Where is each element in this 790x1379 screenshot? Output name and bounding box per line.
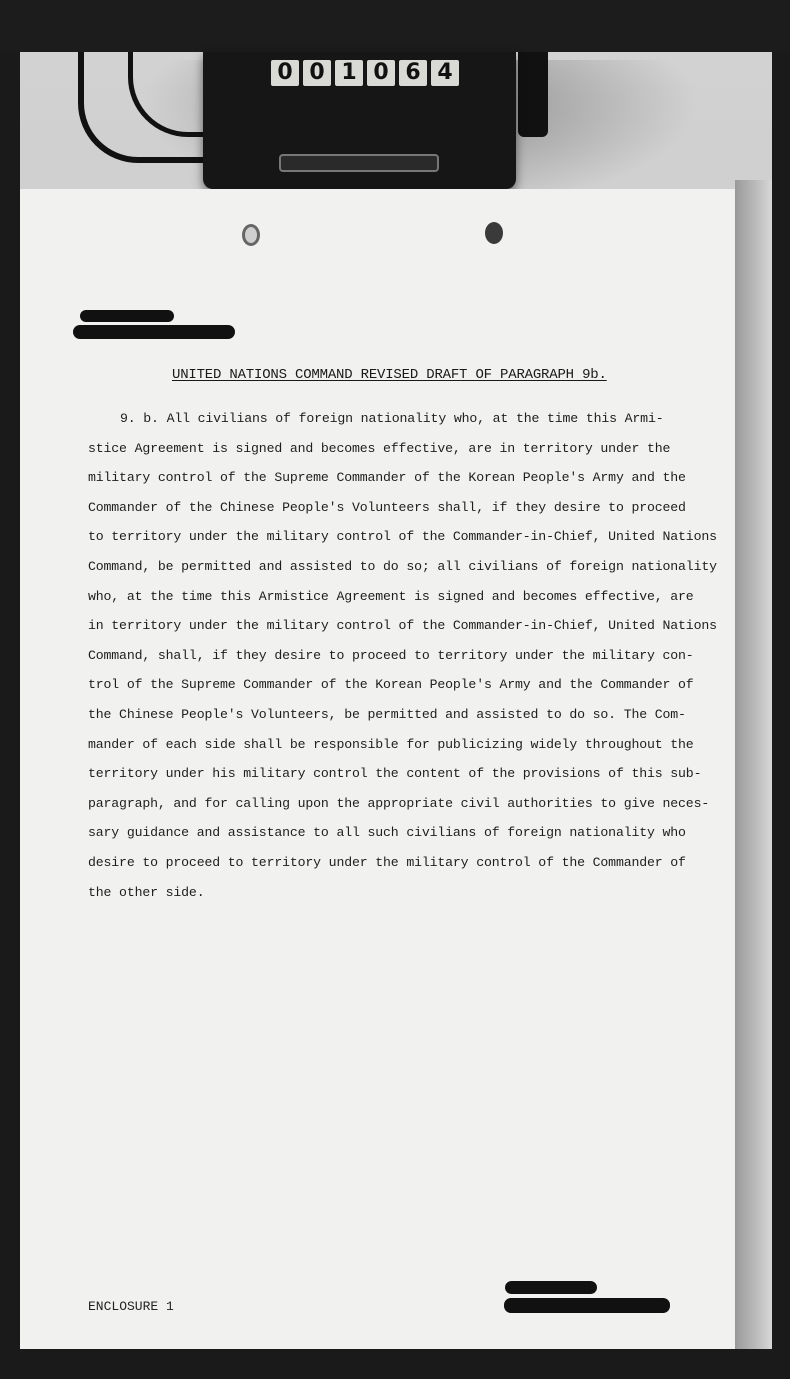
enclosure-label: ENCLOSURE 1: [88, 1299, 174, 1314]
backing-shadow: [735, 180, 772, 1350]
frame-counter: 0 0 1 0 6 4: [203, 52, 516, 189]
paragraph-line: military control of the Supreme Commande…: [88, 463, 728, 493]
paragraph-line: Commander of the Chinese People's Volunt…: [88, 493, 728, 523]
document-page: UNITED NATIONS COMMAND REVISED DRAFT OF …: [20, 189, 737, 1351]
paragraph-line: 9. b. All civilians of foreign nationali…: [88, 404, 728, 434]
punch-hole-icon: [485, 222, 503, 244]
paragraph-line: who, at the time this Armistice Agreemen…: [88, 582, 728, 612]
paragraph-line: sary guidance and assistance to all such…: [88, 818, 728, 848]
counter-digit: 4: [431, 60, 459, 86]
redaction-mark: [504, 1298, 670, 1313]
paragraph-line: stice Agreement is signed and becomes ef…: [88, 434, 728, 464]
paragraph-line: Command, be permitted and assisted to do…: [88, 552, 728, 582]
paragraph-line: the Chinese People's Volunteers, be perm…: [88, 700, 728, 730]
paragraph-line: trol of the Supreme Commander of the Kor…: [88, 670, 728, 700]
document-title: UNITED NATIONS COMMAND REVISED DRAFT OF …: [172, 367, 607, 383]
counter-digit: 6: [399, 60, 427, 86]
film-frame-top: [0, 0, 790, 52]
redaction-mark: [505, 1281, 597, 1294]
counter-slot: [279, 154, 439, 172]
counter-digit: 1: [335, 60, 363, 86]
counter-digits: 0 0 1 0 6 4: [271, 60, 459, 86]
paragraph-line: mander of each side shall be responsible…: [88, 730, 728, 760]
punch-hole-icon: [242, 224, 260, 246]
counter-knob: [518, 52, 548, 137]
paragraph-line: paragraph, and for calling upon the appr…: [88, 789, 728, 819]
counter-digit: 0: [303, 60, 331, 86]
counter-digit: 0: [367, 60, 395, 86]
redaction-mark: [73, 325, 235, 339]
paragraph-line: desire to proceed to territory under the…: [88, 848, 728, 878]
redaction-mark: [80, 310, 174, 322]
paragraph-line: territory under his military control the…: [88, 759, 728, 789]
counter-digit: 0: [271, 60, 299, 86]
paragraph-line: to territory under the military control …: [88, 522, 728, 552]
paragraph-9b: 9. b. All civilians of foreign nationali…: [88, 404, 728, 907]
film-frame-bottom: [0, 1349, 790, 1379]
paragraph-line: Command, shall, if they desire to procee…: [88, 641, 728, 671]
paragraph-line: the other side.: [88, 878, 728, 908]
paragraph-line: in territory under the military control …: [88, 611, 728, 641]
